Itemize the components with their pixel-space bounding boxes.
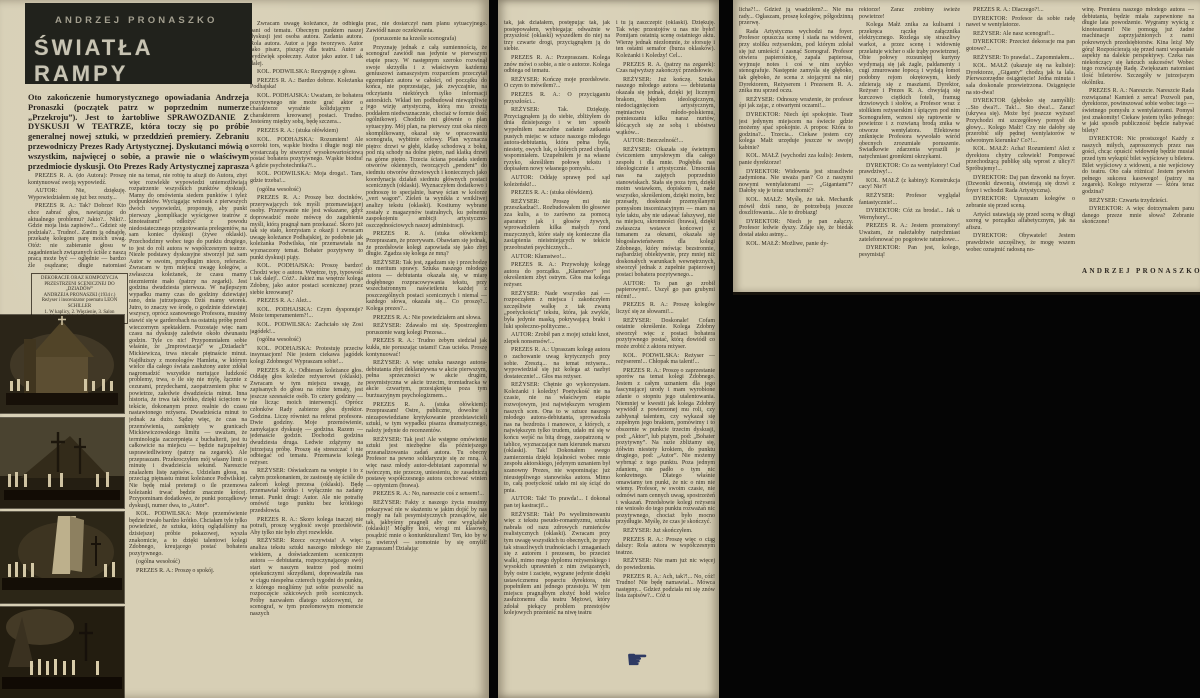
paragraph: (ogólna wesołość) bbox=[250, 187, 363, 194]
right-column-4: winę. Premiera naszego młodego autora — … bbox=[1082, 7, 1194, 265]
paragraph: PREZES R. A.: Nareszcie. Nareszcie Rada … bbox=[1082, 88, 1194, 134]
paragraph: PREZES R. A.: Ach, tak?!... No, cóż! Tru… bbox=[616, 574, 715, 600]
paragraph: REŻYSER: Tak jest, zgadzam się i przecho… bbox=[366, 260, 487, 313]
stage-photo-chapel bbox=[0, 315, 124, 413]
paragraph: REŻYSER: Rzecz oczywista! A więc: analiz… bbox=[250, 538, 363, 617]
paragraph: KOL. MAŁŻ: Acha! Rozumiem! Ależ z dyrekt… bbox=[966, 146, 1075, 172]
paragraph: KOL. PODHAJSKA: Proszę bardzo! Chodzi wi… bbox=[250, 263, 363, 296]
left-page: ANDRZEJ PRONASZKO ŚWIATŁA RAMPY Oto zako… bbox=[0, 0, 489, 698]
paragraph: KOL. PODHAJSKA: Protestuję przeciw insyn… bbox=[250, 346, 363, 366]
paragraph: PREZES R. A.: No, nareszcie coś z sensem… bbox=[366, 491, 487, 498]
paragraph: rektorze! Zaraz zrobimy świeże powietrze… bbox=[859, 7, 960, 20]
left-column-c: Zwracam uwagę koleżance, że odbiegła pan… bbox=[250, 21, 363, 698]
intro-paragraph: Oto zakończenie humorystycznego opowiada… bbox=[28, 93, 249, 172]
paragraph: REŻYSER: Odnoszę wrażenie, że profesor ś… bbox=[739, 97, 853, 110]
paragraph: PREZES R. A.: Odbieram koleżance głos. O… bbox=[250, 368, 363, 467]
paragraph: PREZES R. A.: Skoro kolega inaczej nie p… bbox=[250, 517, 363, 537]
paragraph: REŻYSER: Już skończyłem. bbox=[616, 528, 715, 535]
paragraph: AUTOR: Tak! To prawda!... I dokonał pan … bbox=[504, 496, 610, 509]
paragraph: REŻYSER: Tak jest! Ale wstępne omówienie… bbox=[366, 437, 487, 490]
paragraph: DYREKTOR: Przecież dekoracje ma pan goto… bbox=[966, 39, 1075, 52]
paragraph: REŻYSER: Tak. Dziękuję. Przyciągnąłem ją… bbox=[504, 107, 610, 173]
paragraph: DYREKTOR: Pan jest, kolego, pesymistą! bbox=[859, 245, 960, 258]
author-name: ANDRZEJ PRONASZKO bbox=[55, 15, 252, 26]
paragraph: nie na temat, nie robię tu aluzji do Aut… bbox=[129, 173, 247, 509]
paragraph: DYREKTOR: Obywatele! Jestem prawdziwie s… bbox=[966, 233, 1075, 253]
paragraph: DYREKTOR: A więc dotrzymałem panu danego… bbox=[1082, 206, 1194, 226]
pointing-hand-icon: ☛ bbox=[626, 648, 648, 673]
paragraph: DYREKTOR: Niech je pan załączy. Profesor… bbox=[739, 219, 853, 239]
paragraph: DYREKTOR: Upraszam kolegów o zebranie si… bbox=[966, 196, 1075, 209]
paragraph: PREZES R. A. (stuka ołówkiem): Przeprasz… bbox=[366, 402, 487, 435]
middle-column-1: tak, jak działałem, postępując tak, jak … bbox=[504, 20, 610, 668]
paragraph: REŻYSER: Zdawało mi się. Spostrzegłem po… bbox=[366, 323, 487, 336]
paragraph: i tu ją zaszczepić (oklaski). Dziękuję. … bbox=[616, 20, 715, 60]
paragraph: DYREKTOR: Nic prostszego! Każdy z naszyc… bbox=[1082, 136, 1194, 195]
paragraph: winę. Premiera naszego młodego autora — … bbox=[1082, 7, 1194, 86]
paragraph: KOL. PODWILSKA: Moja droga!.. Tam, gdzie… bbox=[250, 171, 363, 184]
paragraph: PREZES R. A.: O przyciąganiu przyszłości… bbox=[504, 92, 610, 105]
paragraph: PREZES R. A.: (stuka ołówkiem). bbox=[504, 190, 610, 197]
paragraph: prac, nie dostarczył nam planu sytuacyjn… bbox=[366, 21, 487, 34]
drapery-scene-illustration bbox=[0, 512, 124, 603]
paragraph: KOL. PODWILSKA: Reżyser — reżyserem!... … bbox=[616, 353, 715, 366]
paragraph: DYREKTOR: Co za wentylatory! Cud prawdzi… bbox=[859, 163, 960, 176]
paragraph: KOL. PODWILSKA: Rezygnuję z głosu. bbox=[250, 69, 363, 76]
paragraph: PREZES R. A.: Proszę o zaprzestanie spor… bbox=[616, 368, 715, 526]
paragraph: REŻYSER: Tak! Po wyeliminowaniu więc z t… bbox=[504, 512, 610, 618]
paragraph: DYREKTOR (głęboko się zamyślił): ...Sto … bbox=[966, 98, 1075, 144]
right-column-1: licha?!... Gdzież ją wsadziłem?... Nie m… bbox=[739, 7, 853, 285]
paragraph: REŻYSER: Oświadczam na wstępie i to z ca… bbox=[250, 468, 363, 514]
paragraph: KOL. PODHAJSKA: Uważam, że bohatera pozy… bbox=[250, 93, 363, 126]
paragraph: REŻYSER: Kończę moje przedsłowie. O czym… bbox=[504, 77, 610, 90]
paragraph: DYREKTOR: Cóż za broda!... Jak u Wernyho… bbox=[859, 208, 960, 221]
paragraph: KOL. MAŁŻ (ukazuje się na kulisie): Dyre… bbox=[966, 63, 1075, 96]
paragraph: (ogólna wesołość) bbox=[129, 559, 247, 566]
author-signature: ANDRZEJ PRONASZKO bbox=[1082, 267, 1196, 275]
paragraph: PREZES R. A.: (stuka ołówkiem) bbox=[250, 128, 363, 135]
paragraph: KOL. PODWILSKA: Zachciało się Zosi jagód… bbox=[250, 322, 363, 335]
crosses-scene-illustration bbox=[0, 418, 124, 508]
paragraph: REŻYSER: Już kończę. Sztuka naszego młod… bbox=[616, 77, 715, 136]
paragraph: REŻYSER: Chętnie go wykorzystam. Koleżan… bbox=[504, 382, 610, 494]
paragraph: REŻYSER: A więc sztuka naszego autora-de… bbox=[366, 360, 487, 400]
paragraph: AUTOR: Kłamstwo!... bbox=[504, 254, 610, 261]
paragraph: Zwracam uwagę koleżance, że odbiegła pan… bbox=[250, 21, 363, 67]
paragraph: Kolega Małż znika za kulisami i przekręc… bbox=[859, 22, 960, 160]
paragraph: DYREKTOR: Widownia jest straszliwie zady… bbox=[739, 169, 853, 195]
article-title-block: ANDRZEJ PRONASZKO ŚWIATŁA RAMPY bbox=[25, 3, 252, 84]
paragraph: KOL. MAŁŻ (wychodzi zza kulis): Jestem, … bbox=[739, 153, 853, 166]
paragraph: PREZES R. A.: Przepraszam. Kolega znów m… bbox=[504, 55, 610, 75]
middle-page-strip: tak, jak działałem, postępując tak, jak … bbox=[498, 0, 719, 698]
paragraph: KOL. MAŁŻ: Możliwe, panie dy- bbox=[739, 241, 853, 248]
left-column-b: nie na temat, nie robię tu aluzji do Aut… bbox=[129, 173, 247, 698]
stage-photo-finale bbox=[0, 607, 124, 698]
paragraph: PREZES R. A.: Proszę więc o ciąg dalszy:… bbox=[616, 537, 715, 557]
paragraph: PREZES R. A.: Upraszam kolegę autora o z… bbox=[504, 347, 610, 380]
paragraph: DYREKTOR: Niech śpi spokojnie. Teatr jes… bbox=[739, 112, 853, 152]
paragraph: PREZES R. A. (do Autora): Proszę kontynu… bbox=[28, 173, 126, 186]
paragraph: PREZES R. A.: Dlaczego?!... bbox=[966, 7, 1075, 14]
paragraph: REŻYSER: Fakty z naszego życia musimy po… bbox=[366, 500, 487, 553]
paragraph: PREZES R. A.: Trudno żebym siedział jak … bbox=[366, 338, 487, 358]
paragraph: AUTOR: Oddaję sprawę pod sąd koleżeński!… bbox=[504, 175, 610, 188]
paragraph: REŻYSER: Doskonale! Cofam ostatnie okreś… bbox=[616, 318, 715, 351]
paragraph: PREZES R. A.: Tak? Dobrze! Kto chce zabr… bbox=[28, 203, 126, 270]
paragraph: AUTOR: To pan go zrobił papierowym!.. Us… bbox=[616, 281, 715, 301]
paragraph: REŻYSER: Proszę mi nie przeszkadzać!.. R… bbox=[504, 199, 610, 252]
paragraph: AUTOR: Bezczelność!... bbox=[616, 138, 715, 145]
stage-photo-crosses bbox=[0, 418, 124, 508]
paragraph: PREZES R. A.: Proszę o spokój. bbox=[129, 568, 247, 575]
paragraph: REŻYSER: Czwarta trzydzieści. bbox=[1082, 198, 1194, 205]
paragraph: Artyści ustawiają się przed sceną w dług… bbox=[966, 212, 1075, 232]
paragraph: PREZES R. A.: Jestem przerażony! Uważam,… bbox=[859, 223, 960, 243]
finale-scene-illustration bbox=[0, 607, 124, 698]
paragraph: REŻYSER: To prawda!... Zapomniałem... bbox=[966, 55, 1075, 62]
article-title: ŚWIATŁA RAMPY bbox=[34, 35, 252, 87]
paragraph: PREZES R. A.: Ależ... bbox=[250, 298, 363, 305]
scanned-magazine-spread: ANDRZEJ PRONASZKO ŚWIATŁA RAMPY Oto zako… bbox=[0, 0, 1200, 698]
paragraph: licha?!... Gdzież ją wsadziłem?... Nie m… bbox=[739, 7, 853, 27]
paragraph: PREZES R. A. (patrzy na zegarek): Czas n… bbox=[616, 62, 715, 75]
paragraph: AUTOR: Zrobił pan z mojej sztuki knot, z… bbox=[504, 332, 610, 345]
paragraph: REŻYSER: Nie mam już nic więcej do powie… bbox=[616, 558, 715, 571]
chapel-scene-illustration bbox=[0, 315, 124, 413]
paragraph: REŻYSER: Profesor wyglądał fantastycznie… bbox=[859, 193, 960, 206]
paragraph: DYREKTOR: Profesor da sobie radę nawet w… bbox=[966, 16, 1075, 29]
left-column-d: prac, nie dostarczył nam planu sytuacyjn… bbox=[366, 21, 487, 698]
paragraph: PREZES R. A.: Przywołuję kolegę autora d… bbox=[504, 262, 610, 288]
paragraph: PREZES R. A.: Nie powiedziałem ani słowa… bbox=[366, 315, 487, 322]
paragraph: PREZES R. A.: Bardzo dobrze. Koleżanka P… bbox=[250, 78, 363, 91]
paragraph: (ogólna wesołość) bbox=[250, 337, 363, 344]
middle-column-2: i tu ją zaszczepić (oklaski). Dziękuję. … bbox=[616, 20, 715, 660]
stage-photo-drapery bbox=[0, 512, 124, 603]
left-column-a: PREZES R. A. (do Autora): Proszę kontynu… bbox=[28, 173, 126, 270]
paragraph: Przyznaję jednak z całą sumiennością, że… bbox=[366, 45, 487, 230]
paragraph: REŻYSER: Okazała się świetnym ćwiczeniem… bbox=[616, 147, 715, 279]
paragraph: PREZES R. A.: Proszę kolegów liczyć się … bbox=[616, 302, 715, 315]
paragraph: DYREKTOR: Daj pan dzwonki na foyer. (Dzw… bbox=[966, 175, 1075, 195]
paragraph: KOL. PODWILSKA: Moje przemówienie będzie… bbox=[129, 511, 247, 557]
paragraph: tak, jak działałem, postępując tak, jak … bbox=[504, 20, 610, 53]
paragraph: Reżyser i inscenizator poematu LEON SCHI… bbox=[34, 298, 125, 309]
paragraph: KOL. MAŁŻ: Myślę, że tak. Mechanik mówił… bbox=[739, 197, 853, 217]
paragraph: KOL. PODHAJSKA: Rozumiem! Ale szeroki to… bbox=[250, 137, 363, 170]
right-column-2: rektorze! Zaraz zrobimy świeże powietrze… bbox=[859, 7, 960, 285]
paragraph: REŻYSER: Nade wszystko zaś — rozpocząłem… bbox=[504, 291, 610, 331]
paragraph: PREZES R. A. (stuka ołówkiem): Przeprasz… bbox=[366, 231, 487, 257]
paragraph: AUTOR: Nie, dziękuję. Wypowiedziałem się… bbox=[28, 188, 126, 201]
right-column-3: PREZES R. A.: Dlaczego?!...DYREKTOR: Pro… bbox=[966, 7, 1075, 285]
paragraph: DEKORACJE ORAZ KOMPOZYCJA PRZESTRZENI SC… bbox=[34, 276, 125, 293]
paragraph: REŻYSER: Ale nasz scenograf!... bbox=[966, 31, 1075, 38]
right-page-fragment: licha?!... Gdzież ją wsadziłem?... Nie m… bbox=[733, 0, 1200, 295]
paragraph: Rada Artystyczna wychodzi na foyer. Prof… bbox=[739, 29, 853, 95]
paragraph: KOL. PODHAJSKA: Czym dysponuje? Może tem… bbox=[250, 307, 363, 320]
paragraph: KOL. MAŁŻ (z kabiny): Konstrukcja cacy! … bbox=[859, 178, 960, 191]
paragraph: (poruszenie na krześle scenografa) bbox=[366, 36, 487, 43]
paragraph: PREZES R. A.: Proszę bez docinków, przer… bbox=[250, 195, 363, 261]
